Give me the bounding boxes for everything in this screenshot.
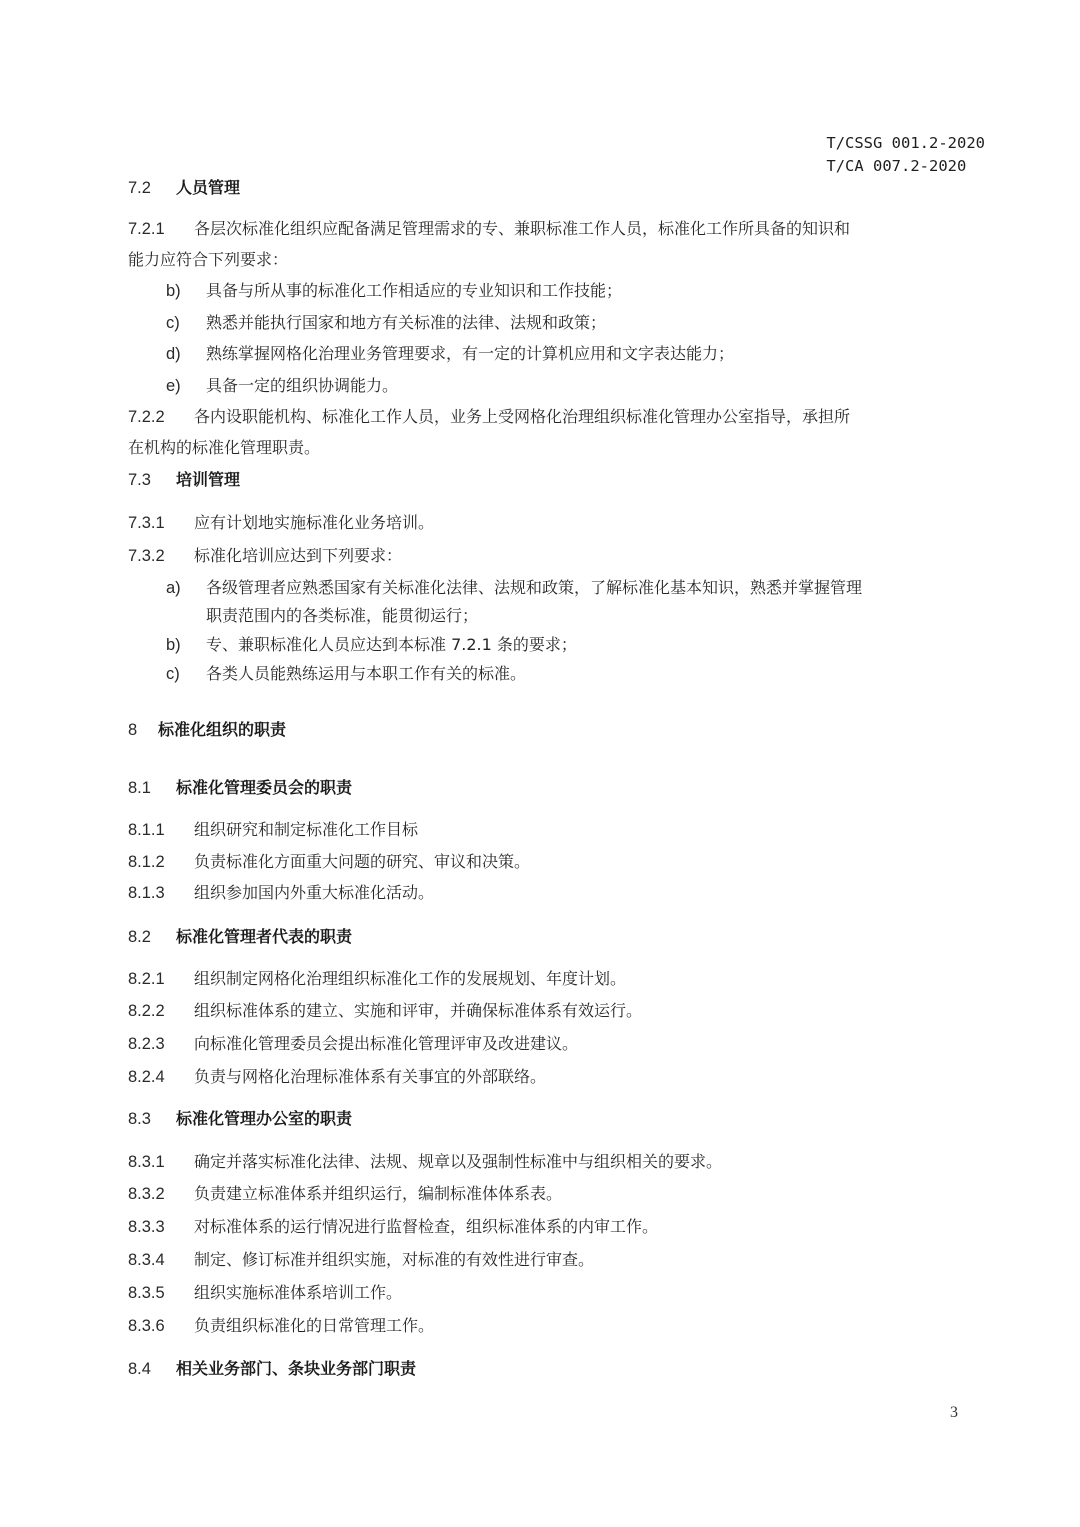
item-text: 具备与所从事的标准化工作相适应的专业知识和工作技能； bbox=[206, 281, 622, 300]
item-label: c) bbox=[166, 663, 206, 685]
section-number: 8.4 bbox=[128, 1358, 176, 1380]
clause-8-3-1: 8.3.1确定并落实标准化法律、法规、规章以及强制性标准中与组织相关的要求。 bbox=[128, 1151, 722, 1173]
list-item-a-continuation: 职责范围内的各类标准，能贯彻运行； bbox=[206, 605, 478, 627]
clause-8-2-2: 8.2.2组织标准体系的建立、实施和评审，并确保标准体系有效运行。 bbox=[128, 1000, 642, 1022]
list-item-c: c)熟悉并能执行国家和地方有关标准的法律、法规和政策； bbox=[166, 312, 606, 334]
section-title: 标准化组织的职责 bbox=[158, 720, 286, 739]
section-number: 8.1 bbox=[128, 777, 176, 799]
heading-8-3: 8.3标准化管理办公室的职责 bbox=[128, 1108, 352, 1130]
clause-text: 各内设职能机构、标准化工作人员，业务上受网格化治理组织标准化管理办公室指导，承担… bbox=[194, 407, 850, 426]
clause-number: 7.3.1 bbox=[128, 512, 194, 534]
clause-text: 各层次标准化组织应配备满足管理需求的专、兼职标准工作人员，标准化工作所具备的知识… bbox=[194, 219, 850, 238]
section-title: 标准化管理委员会的职责 bbox=[176, 778, 352, 797]
list-item-e: e)具备一定的组织协调能力。 bbox=[166, 375, 398, 397]
clause-text: 组织制定网格化治理组织标准化工作的发展规划、年度计划。 bbox=[194, 969, 626, 988]
section-number: 8.3 bbox=[128, 1108, 176, 1130]
clause-8-3-5: 8.3.5组织实施标准体系培训工作。 bbox=[128, 1282, 402, 1304]
clause-8-1-2: 8.1.2负责标准化方面重大问题的研究、审议和决策。 bbox=[128, 851, 530, 873]
clause-number: 8.3.2 bbox=[128, 1183, 194, 1205]
clause-number: 8.3.6 bbox=[128, 1315, 194, 1337]
item-label: c) bbox=[166, 312, 206, 334]
clause-8-3-4: 8.3.4制定、修订标准并组织实施，对标准的有效性进行审查。 bbox=[128, 1249, 594, 1271]
section-title: 人员管理 bbox=[176, 178, 240, 197]
clause-number: 8.2.2 bbox=[128, 1000, 194, 1022]
list-item-a: a)各级管理者应熟悉国家有关标准化法律、法规和政策，了解标准化基本知识，熟悉并掌… bbox=[166, 577, 862, 599]
heading-8: 8标准化组织的职责 bbox=[128, 719, 286, 741]
clause-7-2-1-continuation: 能力应符合下列要求： bbox=[128, 249, 288, 271]
clause-text: 负责组织标准化的日常管理工作。 bbox=[194, 1316, 434, 1335]
item-text: 各类人员能熟练运用与本职工作有关的标准。 bbox=[206, 664, 526, 683]
clause-number: 8.1.1 bbox=[128, 819, 194, 841]
clause-number: 8.3.5 bbox=[128, 1282, 194, 1304]
item-text: 各级管理者应熟悉国家有关标准化法律、法规和政策，了解标准化基本知识，熟悉并掌握管… bbox=[206, 578, 862, 597]
clause-number: 8.2.3 bbox=[128, 1033, 194, 1055]
clause-number: 7.2.1 bbox=[128, 218, 194, 240]
clause-text: 向标准化管理委员会提出标准化管理评审及改进建议。 bbox=[194, 1034, 578, 1053]
list-item-c: c)各类人员能熟练运用与本职工作有关的标准。 bbox=[166, 663, 526, 685]
clause-7-3-1: 7.3.1应有计划地实施标准化业务培训。 bbox=[128, 512, 434, 534]
section-number: 7.2 bbox=[128, 177, 176, 199]
clause-text: 制定、修订标准并组织实施，对标准的有效性进行审查。 bbox=[194, 1250, 594, 1269]
clause-8-1-3: 8.1.3组织参加国内外重大标准化活动。 bbox=[128, 882, 434, 904]
clause-7-2-1: 7.2.1各层次标准化组织应配备满足管理需求的专、兼职标准工作人员，标准化工作所… bbox=[128, 218, 850, 240]
item-label: b) bbox=[166, 280, 206, 302]
heading-8-2: 8.2标准化管理者代表的职责 bbox=[128, 926, 352, 948]
clause-number: 7.2.2 bbox=[128, 406, 194, 428]
item-text: 熟悉并能执行国家和地方有关标准的法律、法规和政策； bbox=[206, 313, 606, 332]
heading-8-1: 8.1标准化管理委员会的职责 bbox=[128, 777, 352, 799]
item-label: d) bbox=[166, 343, 206, 365]
heading-8-4: 8.4相关业务部门、条块业务部门职责 bbox=[128, 1358, 416, 1380]
document-code-1: T/CSSG 001.2-2020 bbox=[826, 132, 985, 155]
clause-number: 8.3.3 bbox=[128, 1216, 194, 1238]
clause-number: 8.1.2 bbox=[128, 851, 194, 873]
clause-number: 7.3.2 bbox=[128, 545, 194, 567]
section-number: 8.2 bbox=[128, 926, 176, 948]
section-title: 培训管理 bbox=[176, 470, 240, 489]
clause-text: 对标准体系的运行情况进行监督检查，组织标准体系的内审工作。 bbox=[194, 1217, 658, 1236]
clause-text: 负责建立标准体系并组织运行，编制标准体体系表。 bbox=[194, 1184, 562, 1203]
section-title: 标准化管理办公室的职责 bbox=[176, 1109, 352, 1128]
clause-text: 应有计划地实施标准化业务培训。 bbox=[194, 513, 434, 532]
clause-8-3-6: 8.3.6负责组织标准化的日常管理工作。 bbox=[128, 1315, 434, 1337]
clause-text: 组织参加国内外重大标准化活动。 bbox=[194, 883, 434, 902]
clause-text: 标准化培训应达到下列要求： bbox=[194, 546, 402, 565]
clause-text: 组织研究和制定标准化工作目标 bbox=[194, 820, 418, 839]
clause-number: 8.2.1 bbox=[128, 968, 194, 990]
clause-number: 8.1.3 bbox=[128, 882, 194, 904]
page-number: 3 bbox=[950, 1404, 958, 1422]
item-text: 专、兼职标准化人员应达到本标准 7.2.1 条的要求； bbox=[206, 635, 577, 654]
clause-number: 8.3.4 bbox=[128, 1249, 194, 1271]
section-title: 相关业务部门、条块业务部门职责 bbox=[176, 1359, 416, 1378]
document-code-2: T/CA 007.2-2020 bbox=[826, 155, 985, 178]
item-label: b) bbox=[166, 634, 206, 656]
clause-7-3-2: 7.3.2标准化培训应达到下列要求： bbox=[128, 545, 402, 567]
clause-number: 8.3.1 bbox=[128, 1151, 194, 1173]
list-item-d: d)熟练掌握网格化治理业务管理要求，有一定的计算机应用和文字表达能力； bbox=[166, 343, 734, 365]
clause-8-1-1: 8.1.1组织研究和制定标准化工作目标 bbox=[128, 819, 418, 841]
clause-text: 组织实施标准体系培训工作。 bbox=[194, 1283, 402, 1302]
section-number: 7.3 bbox=[128, 469, 176, 491]
clause-8-2-1: 8.2.1组织制定网格化治理组织标准化工作的发展规划、年度计划。 bbox=[128, 968, 626, 990]
clause-text: 组织标准体系的建立、实施和评审，并确保标准体系有效运行。 bbox=[194, 1001, 642, 1020]
section-number: 8 bbox=[128, 719, 158, 741]
list-item-b: b)具备与所从事的标准化工作相适应的专业知识和工作技能； bbox=[166, 280, 622, 302]
clause-text: 负责与网格化治理标准体系有关事宜的外部联络。 bbox=[194, 1067, 546, 1086]
clause-7-2-2: 7.2.2各内设职能机构、标准化工作人员，业务上受网格化治理组织标准化管理办公室… bbox=[128, 406, 850, 428]
clause-8-3-2: 8.3.2负责建立标准体系并组织运行，编制标准体体系表。 bbox=[128, 1183, 562, 1205]
document-code-header: T/CSSG 001.2-2020 T/CA 007.2-2020 bbox=[826, 132, 985, 178]
list-item-b: b)专、兼职标准化人员应达到本标准 7.2.1 条的要求； bbox=[166, 634, 577, 656]
clause-8-3-3: 8.3.3对标准体系的运行情况进行监督检查，组织标准体系的内审工作。 bbox=[128, 1216, 658, 1238]
section-title: 标准化管理者代表的职责 bbox=[176, 927, 352, 946]
clause-7-2-2-continuation: 在机构的标准化管理职责。 bbox=[128, 437, 320, 459]
heading-7-2: 7.2人员管理 bbox=[128, 177, 240, 199]
clause-8-2-4: 8.2.4负责与网格化治理标准体系有关事宜的外部联络。 bbox=[128, 1066, 546, 1088]
item-label: e) bbox=[166, 375, 206, 397]
clause-number: 8.2.4 bbox=[128, 1066, 194, 1088]
item-text: 具备一定的组织协调能力。 bbox=[206, 376, 398, 395]
clause-8-2-3: 8.2.3向标准化管理委员会提出标准化管理评审及改进建议。 bbox=[128, 1033, 578, 1055]
clause-text: 负责标准化方面重大问题的研究、审议和决策。 bbox=[194, 852, 530, 871]
clause-text: 确定并落实标准化法律、法规、规章以及强制性标准中与组织相关的要求。 bbox=[194, 1152, 722, 1171]
item-label: a) bbox=[166, 577, 206, 599]
heading-7-3: 7.3培训管理 bbox=[128, 469, 240, 491]
item-text: 熟练掌握网格化治理业务管理要求，有一定的计算机应用和文字表达能力； bbox=[206, 344, 734, 363]
